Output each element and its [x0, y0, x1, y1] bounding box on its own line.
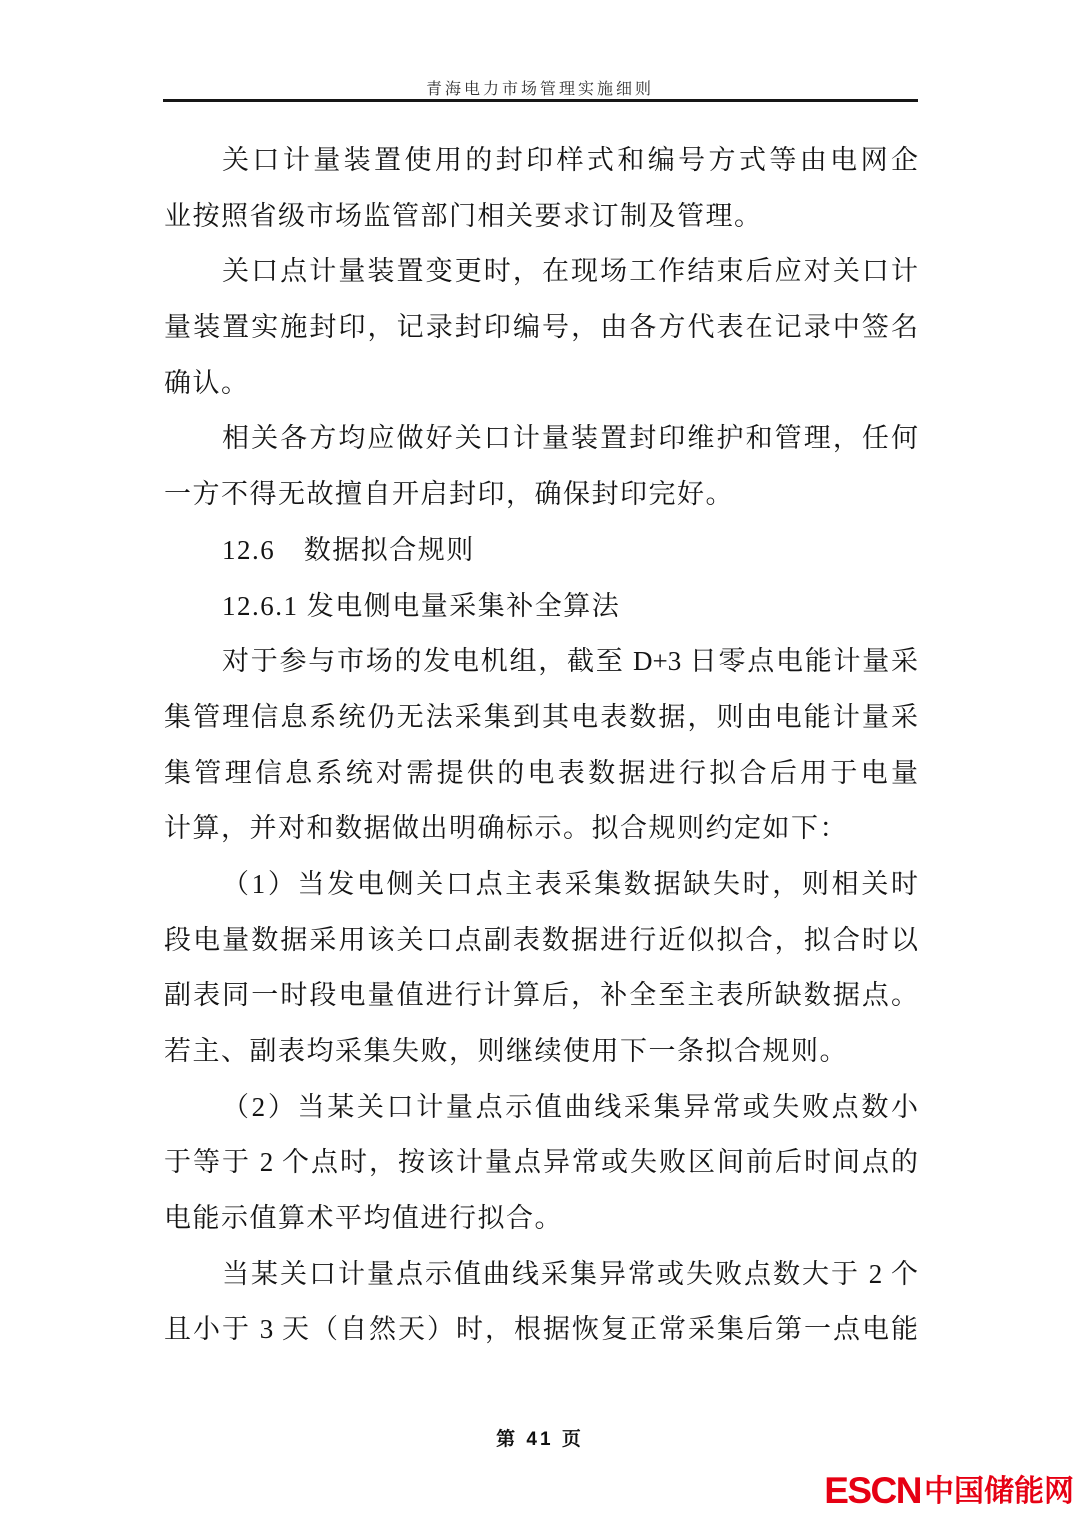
body-line: 对于参与市场的发电机组，截至 D+3 日零点电能计量采	[164, 634, 918, 690]
page-number: 第 41 页	[0, 1424, 1080, 1451]
body-line: 相关各方均应做好关口计量装置封印维护和管理，任何	[164, 411, 918, 467]
body-line: 电能示值算术平均值进行拟合。	[164, 1191, 918, 1247]
heading-line: 12.6.1 发电侧电量采集补全算法	[164, 579, 918, 635]
body-line: 段电量数据采用该关口点副表数据进行近似拟合，拟合时以	[164, 913, 918, 969]
body-line: 业按照省级市场监管部门相关要求订制及管理。	[164, 189, 918, 245]
escn-logo-latin-text: ESCN	[824, 1470, 921, 1511]
body-line: 副表同一时段电量值进行计算后，补全至主表所缺数据点。	[164, 968, 918, 1024]
body-line: 确认。	[164, 356, 918, 412]
body-line: 计算，并对和数据做出明确标示。拟合规则约定如下：	[164, 801, 918, 857]
body-line: 若主、副表均采集失败，则继续使用下一条拟合规则。	[164, 1024, 918, 1080]
body-line: 关口点计量装置变更时，在现场工作结束后应对关口计	[164, 244, 918, 300]
body-line: 集管理信息系统对需提供的电表数据进行拟合后用于电量	[164, 746, 918, 802]
body-line: 于等于 2 个点时，按该计量点异常或失败区间前后时间点的	[164, 1135, 918, 1191]
escn-watermark-logo: ESCN中国储能网	[824, 1466, 1074, 1512]
body-line: （2）当某关口计量点示值曲线采集异常或失败点数小	[164, 1080, 918, 1136]
page-header-title: 青海电力市场管理实施细则	[0, 76, 1080, 99]
body-line: 且小于 3 天（自然天）时，根据恢复正常采集后第一点电能	[164, 1302, 918, 1358]
header-rule	[163, 99, 918, 102]
body-line: 当某关口计量点示值曲线采集异常或失败点数大于 2 个	[164, 1247, 918, 1303]
body-line: （1）当发电侧关口点主表采集数据缺失时，则相关时	[164, 857, 918, 913]
heading-line: 12.6 数据拟合规则	[164, 523, 918, 579]
body-line: 集管理信息系统仍无法采集到其电表数据，则由电能计量采	[164, 690, 918, 746]
escn-logo-cjk-text: 中国储能网	[924, 1475, 1074, 1508]
body-line: 量装置实施封印，记录封印编号，由各方代表在记录中签名	[164, 300, 918, 356]
document-body: 关口计量装置使用的封印样式和编号方式等由电网企业按照省级市场监管部门相关要求订制…	[164, 133, 918, 1358]
document-page: { "header": { "title": "青海电力市场管理实施细则" },…	[0, 0, 1080, 1527]
body-line: 一方不得无故擅自开启封印，确保封印完好。	[164, 467, 918, 523]
body-line: 关口计量装置使用的封印样式和编号方式等由电网企	[164, 133, 918, 189]
